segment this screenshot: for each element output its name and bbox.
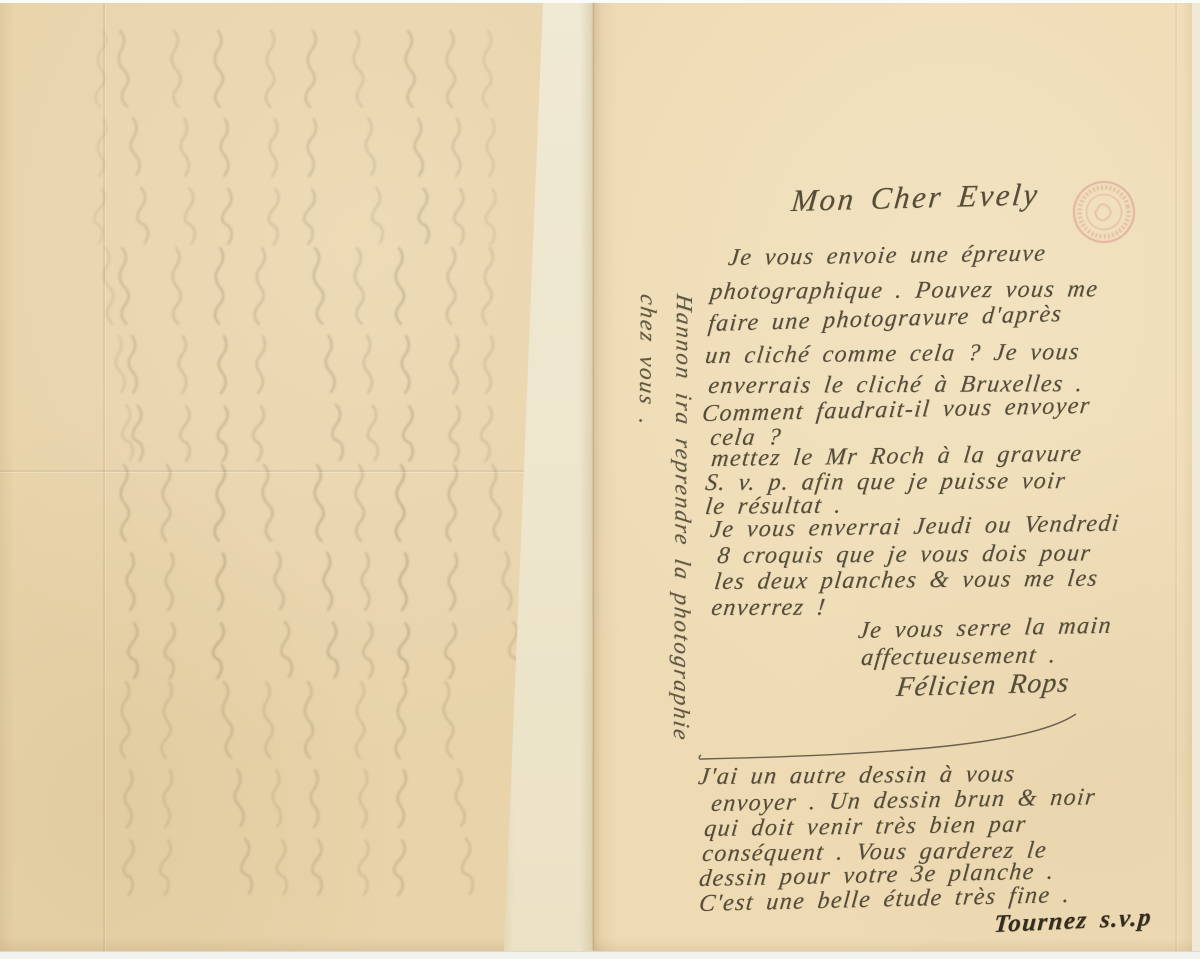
horizontal-fold-crease: [0, 470, 560, 472]
backing-strip-right: [1192, 3, 1200, 951]
letter-line: S. v. p. afin que je puisse voir: [704, 469, 1067, 495]
vertical-crease: [103, 3, 105, 951]
show-through-ghost-writing: [0, 3, 560, 951]
vertical-crease: [1175, 3, 1177, 951]
letter-line: un cliché comme cela ? Je vous: [704, 340, 1081, 368]
margin-note: Hannon ira reprendre la photographie che…: [630, 292, 702, 762]
letter-line: Je vous enverrai Jeudi ou Vendredi: [709, 512, 1121, 542]
letter-line: photographique . Pouvez vous me: [709, 277, 1100, 304]
closing-line: affectueusement .: [860, 643, 1058, 670]
salutation: Mon Cher Evely: [790, 178, 1041, 216]
letter-line: faire une photogravure d'après: [707, 302, 1063, 336]
letter-line: 8 croquis que je vous dois pour: [716, 541, 1093, 568]
postscript-line: envoyer . Un dessin brun & noir: [710, 785, 1097, 816]
letter-line: les deux planches & vous me les: [713, 567, 1100, 594]
turn-over-note: Tournez s.v.p: [993, 905, 1153, 937]
margin-note-line: Hannon ira reprendre la photographie: [663, 292, 702, 767]
page-verso: [0, 3, 560, 951]
letter-line: mettez le Mr Roch à la gravure: [710, 442, 1084, 471]
signature-flourish-stroke: [694, 698, 1084, 768]
circular-collection-stamp-icon: [1064, 172, 1145, 253]
postscript-line: J'ai un autre dessin à vous: [697, 762, 1017, 789]
page-recto: Mon Cher Evely Je vous envoie une épreuv…: [594, 3, 1192, 951]
letter-scan: Mon Cher Evely Je vous envoie une épreuv…: [0, 0, 1200, 959]
margin-note-line: chez vous .: [625, 292, 666, 767]
scan-background-bottom: [0, 951, 1200, 959]
closing-line: Je vous serre la main: [857, 614, 1113, 643]
letter-line: Je vous envoie une épreuve: [727, 242, 1048, 270]
letter-line: enverrez !: [710, 596, 828, 620]
postscript-line: qui doit venir très bien par: [703, 812, 1028, 841]
